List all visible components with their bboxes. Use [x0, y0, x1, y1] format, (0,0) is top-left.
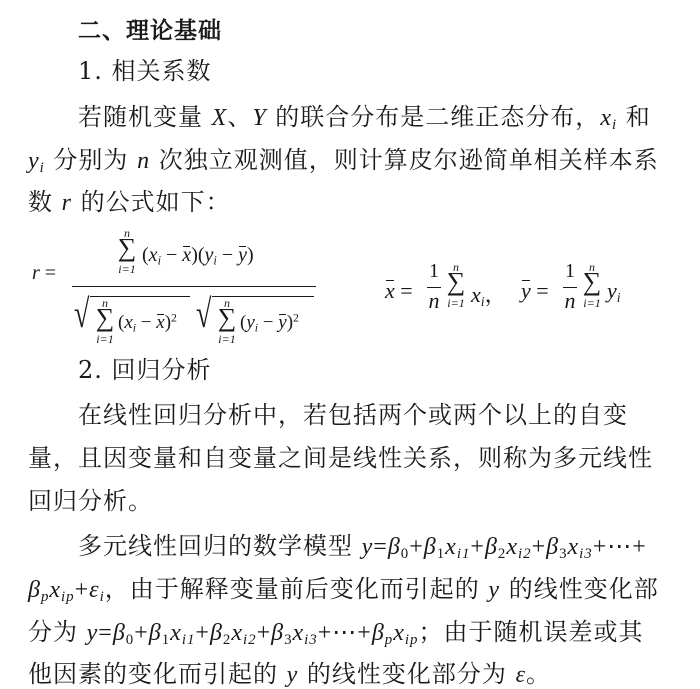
math-var: r [32, 262, 40, 284]
math-op: + [257, 620, 272, 646]
math-op: − [258, 312, 278, 333]
math-sub: i2 [243, 632, 257, 648]
sum-lower: i=1 [441, 296, 471, 311]
text: 分为 [28, 618, 87, 646]
math-var: β [210, 620, 223, 646]
sigma-icon: ∑ [116, 234, 138, 262]
sum-lower: i=1 [577, 296, 607, 311]
math-sup: 2 [293, 312, 299, 325]
text: 分别为 [45, 146, 137, 174]
math-sub: i1 [182, 632, 196, 648]
math-var: y [488, 577, 500, 603]
math-sub: 0 [401, 546, 409, 562]
math-sub: ip [61, 589, 75, 605]
text: 他因素的变化而引起的 [28, 660, 287, 688]
math-op: + [318, 620, 333, 646]
math-var: n [137, 148, 150, 174]
frac-den: n [427, 288, 441, 314]
math-var: x [149, 244, 158, 266]
paragraph-line: yi 分别为 n 次独立观测值，则计算皮尔逊简单相关样本系 [28, 145, 659, 176]
math-var: r [62, 190, 72, 216]
text: 的线性变化部 [500, 575, 659, 603]
subsection-title-correlation: 1. 相关系数 [78, 56, 212, 86]
math-var: β [424, 534, 437, 560]
sum-lower: i=1 [112, 262, 142, 277]
math-var: β [271, 620, 284, 646]
paragraph-line: 回归分析。 [28, 486, 153, 516]
y-bar: y [238, 244, 247, 267]
math-var: β [485, 534, 498, 560]
math-op: = [400, 278, 412, 303]
math-var: x [568, 534, 580, 560]
frac-num: 1 [563, 260, 577, 283]
x-bar: x [385, 278, 395, 304]
math-var: y [287, 662, 299, 688]
math-op: = [45, 262, 56, 284]
comma: ， [485, 282, 507, 307]
sigma-icon: ∑ [581, 268, 603, 296]
mean-formulas: x = 1 n n ∑ i=1 xi， y = 1 n n ∑ i=1 yi [385, 258, 685, 328]
math-var: x [471, 282, 481, 307]
math-op: = [373, 534, 388, 560]
math-op: + [75, 577, 90, 603]
x-mean-lhs: x = [385, 278, 413, 304]
math-var: x [293, 620, 305, 646]
text: ；由于随机误差或其 [418, 618, 643, 646]
paragraph-line: βpxip+εi，由于解释变量前后变化而引起的 y 的线性变化部 [28, 574, 659, 605]
math-var: x [231, 620, 243, 646]
frac-den: n [563, 288, 577, 314]
paragraph-line: 若随机变量 X、Y 的联合分布是二维正态分布，xi 和 [78, 102, 651, 133]
sum-lower: i=1 [212, 332, 242, 347]
math-var: x [393, 620, 405, 646]
fraction-bar [72, 286, 316, 287]
math-sub: i1 [457, 546, 471, 562]
sigma-icon: ∑ [94, 304, 116, 332]
math-var: y [246, 312, 254, 333]
x-mean-rhs: xi， [471, 278, 507, 309]
math-op: + [134, 620, 149, 646]
y-bar: y [278, 312, 286, 334]
math-var: X [212, 105, 228, 131]
math-op: ⋯ [332, 620, 357, 646]
math-op: + [532, 534, 547, 560]
math-sub: ip [405, 632, 419, 648]
math-sup: 2 [171, 312, 177, 325]
formula-r-lhs: r = [32, 262, 56, 285]
math-op: − [217, 244, 238, 266]
text: 数 [28, 188, 62, 216]
math-op: + [195, 620, 210, 646]
math-op: = [98, 620, 113, 646]
math-op: + [357, 620, 372, 646]
math-sub: 1 [162, 632, 170, 648]
math-var: β [546, 534, 559, 560]
denominator-left-expression: (xi − x)2 [118, 312, 177, 334]
text: 次独立观测值，则计算皮尔逊简单相关样本系 [150, 146, 659, 174]
math-var: β [388, 534, 401, 560]
paragraph-line: 量，且因变量和自变量之间是线性关系，则称为多元线性 [28, 443, 653, 473]
sum-lower: i=1 [90, 332, 120, 347]
radical-icon: √ [74, 292, 89, 336]
formula-denominator: √ n ∑ i=1 (xi − x)2 √ n ∑ i=1 (yi − y)2 [72, 290, 316, 346]
math-var: y [362, 534, 374, 560]
paren: ( [198, 244, 205, 266]
math-sub: p [385, 632, 393, 648]
y-mean-lhs: y = [521, 278, 549, 304]
formula-numerator: n ∑ i=1 (xi − x)(yi − y) [112, 226, 312, 282]
math-var: x [600, 105, 612, 131]
paren: ( [142, 244, 149, 266]
paren: ) [247, 244, 254, 266]
sigma-icon: ∑ [445, 268, 467, 296]
paragraph-line: 他因素的变化而引起的 y 的线性变化部分为 ε。 [28, 659, 551, 689]
text: 。 [526, 660, 551, 688]
x-bar: x [182, 244, 191, 267]
text: 的联合分布是二维正态分布， [267, 103, 601, 131]
math-var: β [28, 577, 41, 603]
math-sub: 3 [559, 546, 567, 562]
paren: ) [191, 244, 198, 266]
y-bar: y [521, 278, 531, 304]
radical-icon: √ [196, 292, 211, 336]
paragraph-line: 在线性回归分析中，若包括两个或两个以上的自变 [78, 400, 628, 430]
math-var: ε [89, 577, 99, 603]
math-op: = [536, 278, 548, 303]
x-bar: x [156, 312, 164, 334]
math-sub: i3 [304, 632, 318, 648]
math-op: + [632, 534, 647, 560]
math-var: y [87, 620, 99, 646]
subsection-title-regression: 2. 回归分析 [78, 355, 212, 385]
math-sub: i [617, 290, 621, 305]
math-var: x [445, 534, 457, 560]
math-var: ε [516, 662, 526, 688]
text: 若随机变量 [78, 103, 212, 131]
text: ，由于解释变量前后变化而引起的 [105, 575, 489, 603]
math-op: + [593, 534, 608, 560]
math-var: Y [252, 105, 266, 131]
text: 的线性变化部分为 [298, 660, 515, 688]
text: 、 [227, 103, 252, 131]
math-var: β [149, 620, 162, 646]
math-op: ⋯ [607, 534, 632, 560]
section-heading: 二、理论基础 [78, 12, 222, 45]
math-var: y [607, 278, 617, 303]
math-var: β [113, 620, 126, 646]
math-op: + [470, 534, 485, 560]
text: 和 [617, 103, 651, 131]
text: 多元线性回归的数学模型 [78, 532, 362, 560]
numerator-expression: (xi − x)(yi − y) [142, 244, 254, 267]
math-op: − [136, 312, 156, 333]
sigma-icon: ∑ [216, 304, 238, 332]
math-sub: i3 [579, 546, 593, 562]
frac-num: 1 [427, 260, 441, 283]
pearson-formula: n ∑ i=1 (xi − x)(yi − y) √ n ∑ i=1 (xi −… [72, 226, 316, 344]
denominator-right-expression: (yi − y)2 [240, 312, 299, 334]
math-var: y [28, 148, 40, 174]
math-sub: 1 [437, 546, 445, 562]
y-mean-rhs: yi [607, 278, 621, 304]
paragraph-line: 分为 y=β0+β1xi1+β2xi2+β3xi3+⋯+βpxip；由于随机误差… [28, 617, 643, 648]
math-sub: 0 [126, 632, 134, 648]
text: 的公式如下： [72, 188, 231, 216]
paragraph-line: 数 r 的公式如下： [28, 187, 231, 218]
math-op: + [409, 534, 424, 560]
paragraph-line: 多元线性回归的数学模型 y=β0+β1xi1+β2xi2+β3xi3+⋯+ [78, 531, 647, 562]
math-var: β [372, 620, 385, 646]
math-var: x [506, 534, 518, 560]
math-var: x [124, 312, 132, 333]
math-var: x [49, 577, 61, 603]
math-sub: i2 [518, 546, 532, 562]
math-op: − [161, 244, 182, 266]
math-var: x [170, 620, 182, 646]
math-sub: 3 [284, 632, 292, 648]
